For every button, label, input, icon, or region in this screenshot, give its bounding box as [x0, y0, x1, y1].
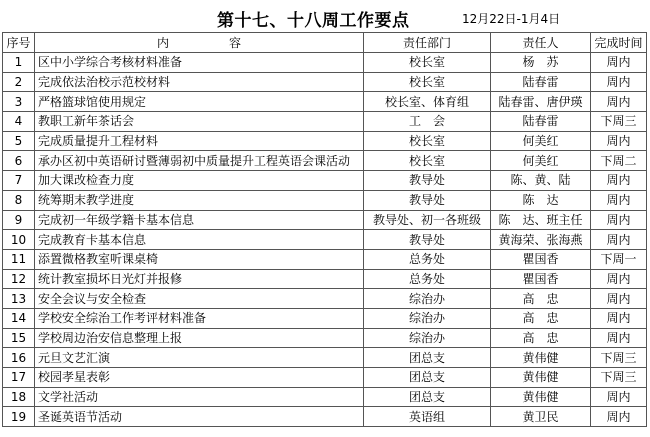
- completion-time: 周内: [591, 269, 647, 289]
- task-content: 教职工新年茶话会: [35, 112, 364, 132]
- responsible-department: 教导处、初一各班级: [364, 210, 491, 230]
- completion-time: 下周三: [591, 348, 647, 368]
- responsible-person: 陆春雷: [491, 112, 591, 132]
- completion-time: 周内: [591, 171, 647, 191]
- table-row: 12统计教室损坏日光灯并报修总务处瞿国香周内: [3, 269, 647, 289]
- row-number: 7: [3, 171, 35, 191]
- row-number: 15: [3, 328, 35, 348]
- responsible-department: 综治办: [364, 308, 491, 328]
- table-row: 14学校安全综治工作考评材料准备综治办高 忠周内: [3, 308, 647, 328]
- row-number: 19: [3, 407, 35, 427]
- responsible-department: 总务处: [364, 249, 491, 269]
- responsible-department: 英语组: [364, 407, 491, 427]
- table-row: 13安全会议与安全检查综治办高 忠周内: [3, 289, 647, 309]
- responsible-department: 教导处: [364, 190, 491, 210]
- responsible-person: 高 忠: [491, 289, 591, 309]
- completion-time: 周内: [591, 92, 647, 112]
- task-content: 完成质量提升工程材料: [35, 131, 364, 151]
- responsible-person: 陈 达、班主任: [491, 210, 591, 230]
- table-row: 2完成依法治校示范校材料校长室陆春雷周内: [3, 72, 647, 92]
- table-row: 1区中小学综合考核材料准备校长室杨 苏周内: [3, 53, 647, 73]
- responsible-department: 团总支: [364, 368, 491, 388]
- table-row: 9完成初一年级学籍卡基本信息教导处、初一各班级陈 达、班主任周内: [3, 210, 647, 230]
- table-row: 15学校周边治安信息整理上报综治办高 忠周内: [3, 328, 647, 348]
- table-row: 11添置微格教室听课桌椅总务处瞿国香下周一: [3, 249, 647, 269]
- responsible-department: 团总支: [364, 348, 491, 368]
- task-content: 学校安全综治工作考评材料准备: [35, 308, 364, 328]
- completion-time: 周内: [591, 72, 647, 92]
- row-number: 9: [3, 210, 35, 230]
- responsible-person: 杨 苏: [491, 53, 591, 73]
- responsible-person: 瞿国香: [491, 269, 591, 289]
- completion-time: 周内: [591, 407, 647, 427]
- task-content: 完成初一年级学籍卡基本信息: [35, 210, 364, 230]
- responsible-person: 高 忠: [491, 328, 591, 348]
- row-number: 5: [3, 131, 35, 151]
- table-body: 1区中小学综合考核材料准备校长室杨 苏周内2完成依法治校示范校材料校长室陆春雷周…: [3, 53, 647, 427]
- task-content: 承办区初中英语研讨暨薄弱初中质量提升工程英语会课活动: [35, 151, 364, 171]
- completion-time: 周内: [591, 53, 647, 73]
- responsible-person: 高 忠: [491, 308, 591, 328]
- table-row: 10完成教育卡基本信息教导处黄海荣、张海燕周内: [3, 230, 647, 250]
- task-content: 严格篮球馆使用规定: [35, 92, 364, 112]
- completion-time: 下周三: [591, 112, 647, 132]
- work-plan-table: 序号 内 容 责任部门 责任人 完成时间 1区中小学综合考核材料准备校长室杨 苏…: [2, 32, 647, 427]
- responsible-department: 团总支: [364, 387, 491, 407]
- task-content: 区中小学综合考核材料准备: [35, 53, 364, 73]
- responsible-person: 陆春雷、唐伊瑛: [491, 92, 591, 112]
- responsible-department: 综治办: [364, 328, 491, 348]
- task-content: 添置微格教室听课桌椅: [35, 249, 364, 269]
- table-row: 18文学社活动团总支黄伟健周内: [3, 387, 647, 407]
- row-number: 13: [3, 289, 35, 309]
- table-row: 3严格篮球馆使用规定校长室、体育组陆春雷、唐伊瑛周内: [3, 92, 647, 112]
- table-row: 4教职工新年茶话会工 会陆春雷下周三: [3, 112, 647, 132]
- row-number: 6: [3, 151, 35, 171]
- completion-time: 下周一: [591, 249, 647, 269]
- column-header-dept: 责任部门: [364, 33, 491, 53]
- column-header-person: 责任人: [491, 33, 591, 53]
- responsible-department: 综治办: [364, 289, 491, 309]
- completion-time: 周内: [591, 210, 647, 230]
- responsible-person: 黄伟健: [491, 387, 591, 407]
- task-content: 统计教室损坏日光灯并报修: [35, 269, 364, 289]
- table-row: 7加大课改检查力度教导处陈、黄、陆周内: [3, 171, 647, 191]
- row-number: 18: [3, 387, 35, 407]
- completion-time: 下周二: [591, 151, 647, 171]
- responsible-person: 陈、黄、陆: [491, 171, 591, 191]
- row-number: 16: [3, 348, 35, 368]
- responsible-person: 黄伟健: [491, 368, 591, 388]
- table-row: 16元旦文艺汇演团总支黄伟健下周三: [3, 348, 647, 368]
- table-row: 19圣诞英语节活动英语组黄卫民周内: [3, 407, 647, 427]
- row-number: 4: [3, 112, 35, 132]
- responsible-department: 校长室、体育组: [364, 92, 491, 112]
- row-number: 11: [3, 249, 35, 269]
- responsible-department: 教导处: [364, 230, 491, 250]
- row-number: 10: [3, 230, 35, 250]
- table-row: 17校园孝星表彰团总支黄伟健下周三: [3, 368, 647, 388]
- responsible-person: 何美红: [491, 131, 591, 151]
- task-content: 学校周边治安信息整理上报: [35, 328, 364, 348]
- document-header: 第十七、十八周工作要点 12月22日-1月4日: [0, 0, 650, 32]
- row-number: 2: [3, 72, 35, 92]
- row-number: 14: [3, 308, 35, 328]
- table-row: 8统筹期末教学进度教导处陈 达周内: [3, 190, 647, 210]
- responsible-department: 校长室: [364, 131, 491, 151]
- column-header-no: 序号: [3, 33, 35, 53]
- column-header-time: 完成时间: [591, 33, 647, 53]
- responsible-department: 校长室: [364, 151, 491, 171]
- responsible-person: 陆春雷: [491, 72, 591, 92]
- date-range: 12月22日-1月4日: [462, 10, 560, 27]
- page-title: 第十七、十八周工作要点: [217, 6, 410, 31]
- responsible-department: 总务处: [364, 269, 491, 289]
- responsible-person: 陈 达: [491, 190, 591, 210]
- task-content: 完成依法治校示范校材料: [35, 72, 364, 92]
- table-header-row: 序号 内 容 责任部门 责任人 完成时间: [3, 33, 647, 53]
- completion-time: 下周三: [591, 368, 647, 388]
- completion-time: 周内: [591, 387, 647, 407]
- responsible-person: 黄海荣、张海燕: [491, 230, 591, 250]
- table-row: 6承办区初中英语研讨暨薄弱初中质量提升工程英语会课活动校长室何美红下周二: [3, 151, 647, 171]
- responsible-person: 黄卫民: [491, 407, 591, 427]
- completion-time: 周内: [591, 190, 647, 210]
- task-content: 元旦文艺汇演: [35, 348, 364, 368]
- task-content: 完成教育卡基本信息: [35, 230, 364, 250]
- responsible-department: 教导处: [364, 171, 491, 191]
- task-content: 安全会议与安全检查: [35, 289, 364, 309]
- completion-time: 周内: [591, 289, 647, 309]
- task-content: 加大课改检查力度: [35, 171, 364, 191]
- row-number: 3: [3, 92, 35, 112]
- completion-time: 周内: [591, 328, 647, 348]
- completion-time: 周内: [591, 131, 647, 151]
- row-number: 12: [3, 269, 35, 289]
- column-header-content: 内 容: [35, 33, 364, 53]
- completion-time: 周内: [591, 308, 647, 328]
- responsible-department: 校长室: [364, 53, 491, 73]
- row-number: 17: [3, 368, 35, 388]
- responsible-department: 工 会: [364, 112, 491, 132]
- completion-time: 周内: [591, 230, 647, 250]
- responsible-person: 黄伟健: [491, 348, 591, 368]
- table-row: 5完成质量提升工程材料校长室何美红周内: [3, 131, 647, 151]
- row-number: 8: [3, 190, 35, 210]
- task-content: 文学社活动: [35, 387, 364, 407]
- task-content: 统筹期末教学进度: [35, 190, 364, 210]
- responsible-person: 瞿国香: [491, 249, 591, 269]
- responsible-person: 何美红: [491, 151, 591, 171]
- responsible-department: 校长室: [364, 72, 491, 92]
- row-number: 1: [3, 53, 35, 73]
- task-content: 圣诞英语节活动: [35, 407, 364, 427]
- task-content: 校园孝星表彰: [35, 368, 364, 388]
